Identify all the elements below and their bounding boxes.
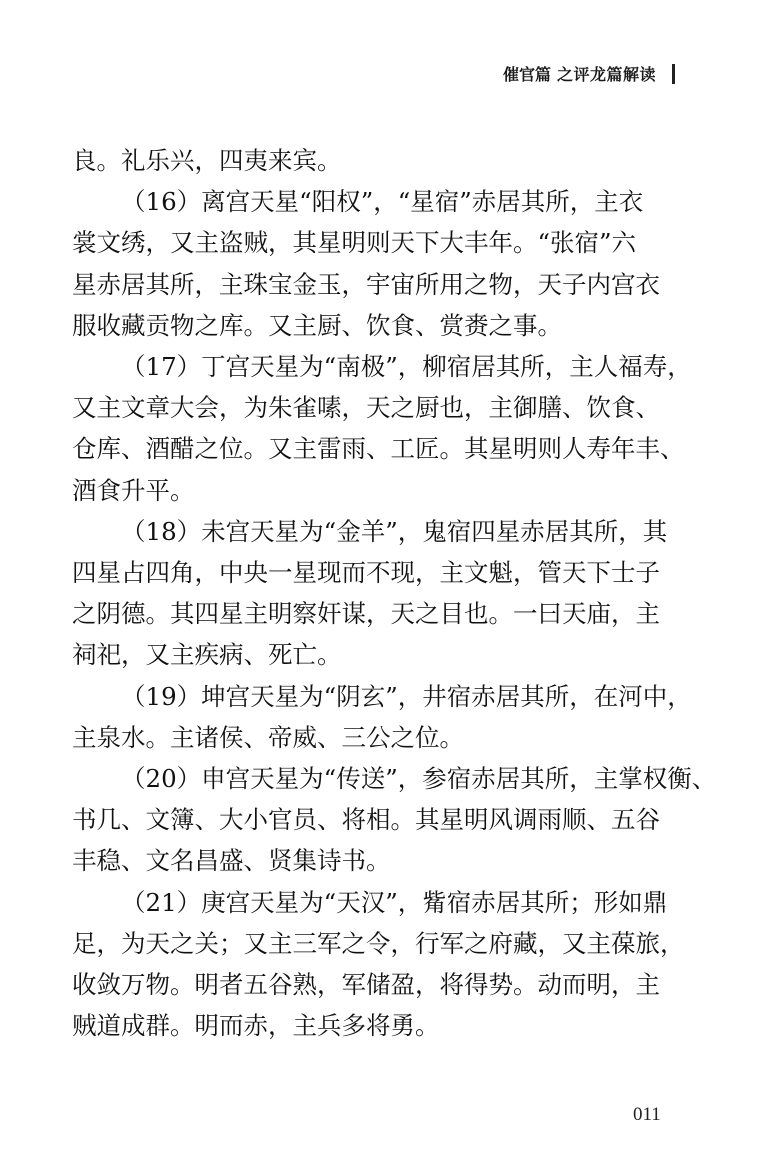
text-line: 收敛万物。明者五谷熟，军储盈，将得势。动而明，主 xyxy=(72,964,672,1005)
text-line: （19）坤宫天星为“阴玄”，井宿赤居其所，在河中， xyxy=(72,676,672,717)
page-number: 011 xyxy=(633,1104,661,1126)
text-line: 裳文绣，又主盗贼，其星明则天下大丰年。“张宿”六 xyxy=(72,222,672,263)
text-line: 贼道成群。明而赤，主兵多将勇。 xyxy=(72,1005,672,1046)
text-line: 四星占四角，中央一星现而不现，主文魁，管天下士子 xyxy=(72,552,672,593)
text-line: 书几、文簿、大小官员、将相。其星明风调雨顺、五谷 xyxy=(72,799,672,840)
paragraph-18: （18）未宫天星为“金羊”，鬼宿四星赤居其所，其 四星占四角，中央一星现而不现，… xyxy=(72,511,672,676)
text-line: 之阴德。其四星主明察奸谋，天之目也。一曰天庙，主 xyxy=(72,593,672,634)
header-chapter-title: 之评龙篇解读 xyxy=(557,62,656,85)
text-line: 主泉水。主诸侯、帝威、三公之位。 xyxy=(72,717,672,758)
paragraph-19: （19）坤宫天星为“阴玄”，井宿赤居其所，在河中， 主泉水。主诸侯、帝威、三公之… xyxy=(72,676,672,758)
header-part-title: 催官篇 xyxy=(503,62,551,85)
paragraph-16: （16）离宫天星“阳权”，“星宿”赤居其所，主衣 裳文绣，又主盗贼，其星明则天下… xyxy=(72,181,672,346)
text-line: （21）庚宫天星为“天汉”，觜宿赤居其所；形如鼎 xyxy=(72,882,672,923)
paragraph-21: （21）庚宫天星为“天汉”，觜宿赤居其所；形如鼎 足，为天之关；又主三军之令，行… xyxy=(72,882,672,1047)
text-line: （17）丁宫天星为“南极”，柳宿居其所，主人福寿， xyxy=(72,346,672,387)
paragraph-continuation: 良。礼乐兴，四夷来宾。 xyxy=(72,140,672,181)
page-body: 良。礼乐兴，四夷来宾。 （16）离宫天星“阳权”，“星宿”赤居其所，主衣 裳文绣… xyxy=(72,140,672,1046)
text-line: 酒食升平。 xyxy=(72,470,672,511)
text-line: （16）离宫天星“阳权”，“星宿”赤居其所，主衣 xyxy=(72,181,672,222)
text-line: 仓库、酒醋之位。又主雷雨、工匠。其星明则人寿年丰、 xyxy=(72,428,672,469)
text-line: 足，为天之关；又主三军之令，行军之府藏，又主葆旅， xyxy=(72,923,672,964)
text-line: 良。礼乐兴，四夷来宾。 xyxy=(72,140,672,181)
text-line: 丰稳、文名昌盛、贤集诗书。 xyxy=(72,840,672,881)
header-divider-bar xyxy=(672,64,675,84)
paragraph-17: （17）丁宫天星为“南极”，柳宿居其所，主人福寿， 又主文章大会，为朱雀嗉，天之… xyxy=(72,346,672,511)
text-line: 祠祀，又主疾病、死亡。 xyxy=(72,634,672,675)
text-line: 服收藏贡物之库。又主厨、饮食、赏赉之事。 xyxy=(72,305,672,346)
text-line: （18）未宫天星为“金羊”，鬼宿四星赤居其所，其 xyxy=(72,511,672,552)
paragraph-20: （20）申宫天星为“传送”，参宿赤居其所，主掌权衡、 书几、文簿、大小官员、将相… xyxy=(72,758,672,882)
text-line: 又主文章大会，为朱雀嗉，天之厨也，主御膳、饮食、 xyxy=(72,387,672,428)
text-line: （20）申宫天星为“传送”，参宿赤居其所，主掌权衡、 xyxy=(72,758,672,799)
text-line: 星赤居其所，主珠宝金玉，宇宙所用之物，天子内宫衣 xyxy=(72,264,672,305)
running-header: 催官篇 之评龙篇解读 xyxy=(503,62,675,85)
